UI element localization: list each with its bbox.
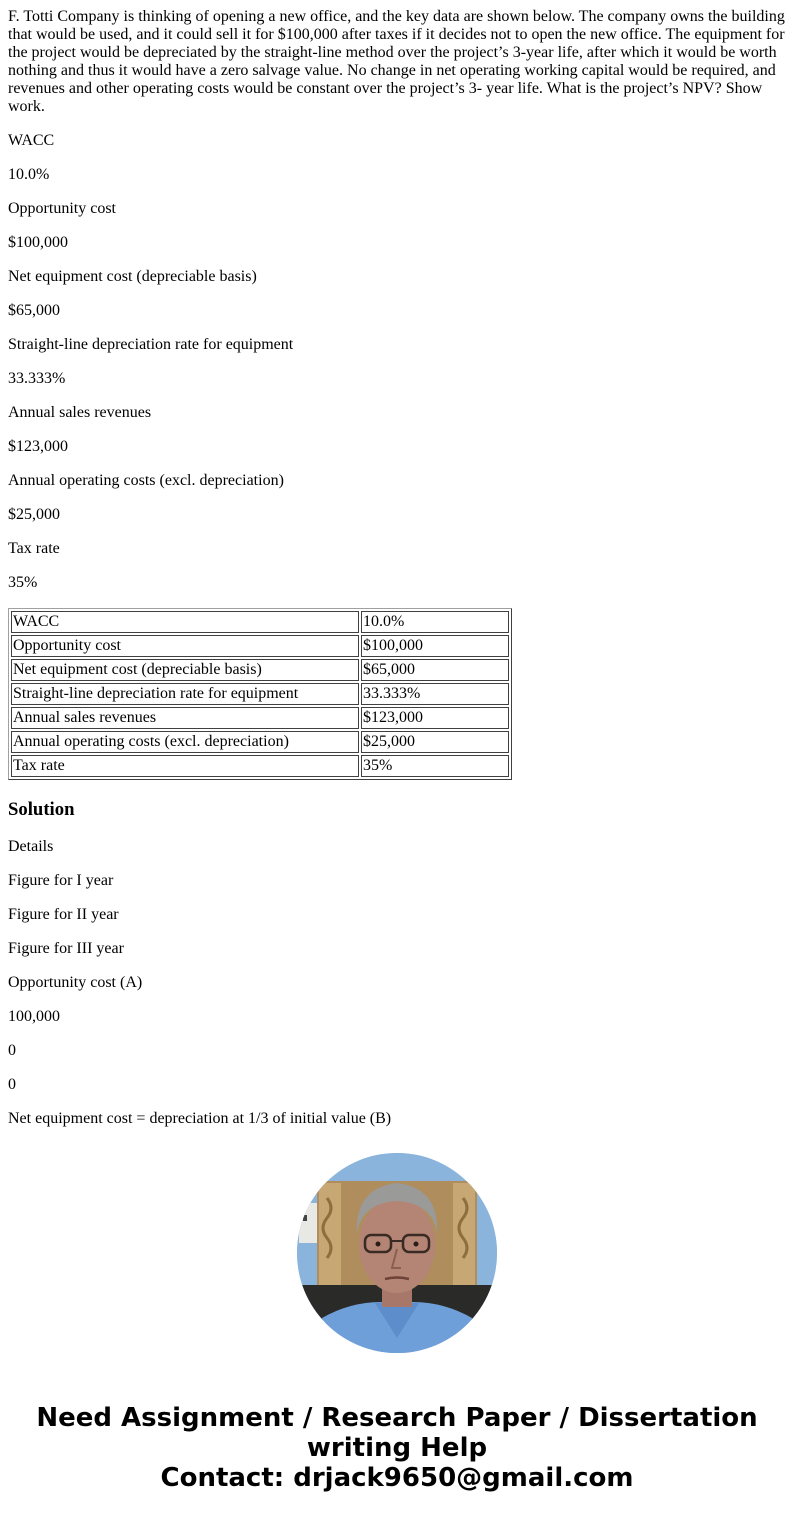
table-cell-label: Annual operating costs (excl. depreciati… bbox=[11, 731, 359, 753]
key-data-value: 10.0% bbox=[8, 166, 786, 184]
promo-banner: Need Assignment / Research Paper / Disse… bbox=[0, 1403, 794, 1493]
solution-line: 0 bbox=[8, 1042, 786, 1060]
table-row: WACC 10.0% bbox=[11, 611, 509, 633]
table-row: Net equipment cost (depreciable basis) $… bbox=[11, 659, 509, 681]
key-data-value: $123,000 bbox=[8, 438, 786, 456]
person-portrait-icon bbox=[297, 1153, 497, 1353]
table-row: Tax rate 35% bbox=[11, 755, 509, 777]
document-content: F. Totti Company is thinking of opening … bbox=[8, 8, 786, 1144]
table-cell-value: $25,000 bbox=[361, 731, 509, 753]
table-row: Opportunity cost $100,000 bbox=[11, 635, 509, 657]
solution-line: Details bbox=[8, 838, 786, 856]
table-cell-value: 10.0% bbox=[361, 611, 509, 633]
table-row: Straight-line depreciation rate for equi… bbox=[11, 683, 509, 705]
solution-body: Details Figure for I year Figure for II … bbox=[8, 838, 786, 1128]
key-data-value: 33.333% bbox=[8, 370, 786, 388]
table-cell-label: Tax rate bbox=[11, 755, 359, 777]
solution-heading: Solution bbox=[8, 800, 786, 820]
solution-line: 100,000 bbox=[8, 1008, 786, 1026]
key-data-value: $100,000 bbox=[8, 234, 786, 252]
key-data-table: WACC 10.0% Opportunity cost $100,000 Net… bbox=[8, 608, 512, 780]
table-row: Annual operating costs (excl. depreciati… bbox=[11, 731, 509, 753]
table-cell-value: $123,000 bbox=[361, 707, 509, 729]
key-data-label: Net equipment cost (depreciable basis) bbox=[8, 268, 786, 286]
promo-line: writing Help bbox=[0, 1433, 794, 1463]
promo-contact: Contact: drjack9650@gmail.com bbox=[0, 1463, 794, 1493]
avatar bbox=[297, 1153, 497, 1353]
solution-line: Figure for III year bbox=[8, 940, 786, 958]
question-text: F. Totti Company is thinking of opening … bbox=[8, 8, 786, 116]
solution-line: Figure for I year bbox=[8, 872, 786, 890]
key-data-list: WACC 10.0% Opportunity cost $100,000 Net… bbox=[8, 132, 786, 592]
key-data-label: Tax rate bbox=[8, 540, 786, 558]
table-cell-label: Net equipment cost (depreciable basis) bbox=[11, 659, 359, 681]
solution-line: Opportunity cost (A) bbox=[8, 974, 786, 992]
table-cell-label: Opportunity cost bbox=[11, 635, 359, 657]
table-cell-label: Straight-line depreciation rate for equi… bbox=[11, 683, 359, 705]
table-cell-value: 35% bbox=[361, 755, 509, 777]
solution-line: Net equipment cost = depreciation at 1/3… bbox=[8, 1110, 786, 1128]
table-cell-value: 33.333% bbox=[361, 683, 509, 705]
table-cell-value: $65,000 bbox=[361, 659, 509, 681]
table-cell-label: Annual sales revenues bbox=[11, 707, 359, 729]
key-data-label: Annual sales revenues bbox=[8, 404, 786, 422]
key-data-label: Opportunity cost bbox=[8, 200, 786, 218]
table-cell-label: WACC bbox=[11, 611, 359, 633]
key-data-value: $65,000 bbox=[8, 302, 786, 320]
promo-line: Need Assignment / Research Paper / Disse… bbox=[0, 1403, 794, 1433]
table-cell-value: $100,000 bbox=[361, 635, 509, 657]
solution-line: Figure for II year bbox=[8, 906, 786, 924]
table-row: Annual sales revenues $123,000 bbox=[11, 707, 509, 729]
key-data-value: $25,000 bbox=[8, 506, 786, 524]
solution-line: 0 bbox=[8, 1076, 786, 1094]
key-data-label: Annual operating costs (excl. depreciati… bbox=[8, 472, 786, 490]
key-data-value: 35% bbox=[8, 574, 786, 592]
key-data-label: Straight-line depreciation rate for equi… bbox=[8, 336, 786, 354]
key-data-label: WACC bbox=[8, 132, 786, 150]
